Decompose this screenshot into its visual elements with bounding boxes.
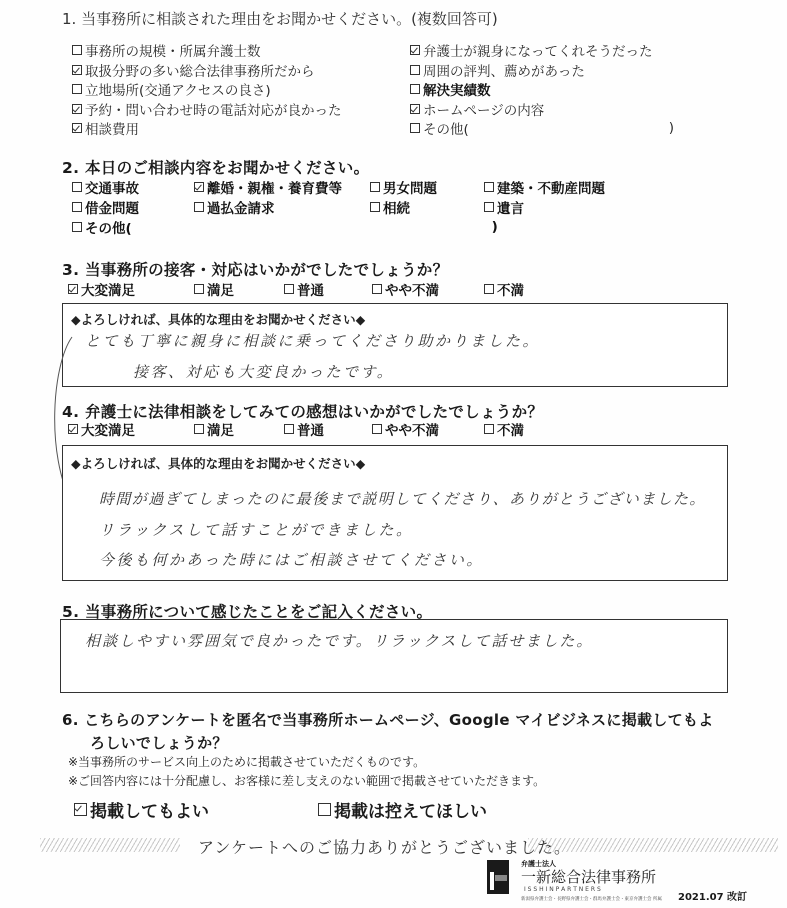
checkbox-checked-icon[interactable] <box>194 182 204 192</box>
checkbox-empty-icon[interactable] <box>372 284 382 294</box>
decorative-hatch-left <box>40 838 180 852</box>
q5-answer-box[interactable]: 相談しやすい雰囲気で良かったです。リラックスして話せました。 <box>60 619 728 693</box>
q4-answer-box[interactable]: ◆よろしければ、具体的な理由をお聞かせください◆ 時間が過ぎてしまったのに最後ま… <box>62 445 728 581</box>
option-label: 相続 <box>383 197 410 217</box>
q1-option-left-2[interactable]: 立地場所(交通アクセスの良さ) <box>72 79 271 99</box>
q2-option-3[interactable]: 建築・不動産問題 <box>484 177 605 197</box>
option-label: 取扱分野の多い総合法律事務所だから <box>85 60 315 80</box>
checkbox-empty-icon[interactable] <box>410 123 420 133</box>
q3-option-4[interactable]: 不満 <box>484 279 524 299</box>
option-label: やや不満 <box>385 419 439 439</box>
firm-english-name: I S S H I N P A R T N E R S <box>524 886 601 893</box>
q6-title-line-2: ろしいでしょうか？ <box>90 732 228 753</box>
option-label: その他( <box>85 217 132 237</box>
checkbox-checked-icon[interactable] <box>72 65 82 75</box>
q1-option-right-3[interactable]: ホームページの内容 <box>410 99 544 119</box>
checkbox-empty-icon[interactable] <box>484 284 494 294</box>
q4-option-2[interactable]: 普通 <box>284 419 324 439</box>
option-label: 普通 <box>297 419 324 439</box>
q3-option-1[interactable]: 満足 <box>194 279 234 299</box>
q2-option-8[interactable]: その他() <box>72 217 498 237</box>
q4-option-4[interactable]: 不満 <box>484 419 524 439</box>
other-close-paren: ) <box>492 219 498 235</box>
checkbox-empty-icon[interactable] <box>194 202 204 212</box>
option-label: 不満 <box>497 419 524 439</box>
option-label: 満足 <box>207 419 234 439</box>
firm-logo-icon <box>487 860 509 894</box>
checkbox-empty-icon[interactable] <box>284 424 294 434</box>
checkbox-empty-icon[interactable] <box>484 182 494 192</box>
checkbox-empty-icon[interactable] <box>372 424 382 434</box>
q1-option-right-2[interactable]: 解決実績数 <box>410 79 491 99</box>
other-close-paren: ) <box>669 120 674 136</box>
q3-option-3[interactable]: やや不満 <box>372 279 439 299</box>
checkbox-empty-icon[interactable] <box>318 803 331 816</box>
option-label: 過払金請求 <box>207 197 275 217</box>
checkbox-empty-icon[interactable] <box>72 182 82 192</box>
checkbox-empty-icon[interactable] <box>72 222 82 232</box>
q6-title-line-1: 6. こちらのアンケートを匿名で当事務所ホームページ、Google マイビジネス… <box>62 709 714 730</box>
option-label: 不満 <box>497 279 524 299</box>
checkbox-empty-icon[interactable] <box>194 284 204 294</box>
q3-answer-line-1: とても丁寧に親身に相談に乗ってくださり助かりました。 <box>85 330 540 351</box>
q4-option-3[interactable]: やや不満 <box>372 419 439 439</box>
q1-option-left-1[interactable]: 取扱分野の多い総合法律事務所だから <box>72 60 315 80</box>
checkbox-checked-icon[interactable] <box>68 284 78 294</box>
q3-option-0[interactable]: 大変満足 <box>68 279 135 299</box>
checkbox-empty-icon[interactable] <box>410 84 420 94</box>
option-label: 大変満足 <box>81 279 135 299</box>
q6-option-publish-decline[interactable]: 掲載は控えてほしい <box>318 797 487 822</box>
checkbox-checked-icon[interactable] <box>72 104 82 114</box>
checkbox-empty-icon[interactable] <box>370 202 380 212</box>
q2-option-6[interactable]: 相続 <box>370 197 410 217</box>
firm-associations: 新潟県弁護士会・長野県弁護士会・群馬弁護士会・東京弁護士会 所属 <box>521 896 662 902</box>
q6-note-1: ※当事務所のサービス向上のために掲載させていただくものです。 <box>68 753 425 770</box>
q2-option-4[interactable]: 借金問題 <box>72 197 139 217</box>
q3-title: 3. 当事務所の接客・対応はいかがでしたでしょうか？ <box>62 258 448 280</box>
option-label: ホームページの内容 <box>423 99 544 119</box>
q4-prompt: ◆よろしければ、具体的な理由をお聞かせください◆ <box>71 454 365 472</box>
option-label: 予約・問い合わせ時の電話対応が良かった <box>85 99 342 119</box>
option-label: 交通事故 <box>85 177 139 197</box>
option-label: 事務所の規模・所属弁護士数 <box>85 40 261 60</box>
option-label: 立地場所(交通アクセスの良さ) <box>85 79 271 99</box>
q1-option-left-3[interactable]: 予約・問い合わせ時の電話対応が良かった <box>72 99 342 119</box>
q3-prompt: ◆よろしければ、具体的な理由をお聞かせください◆ <box>71 310 365 328</box>
option-label: 普通 <box>297 279 324 299</box>
checkbox-empty-icon[interactable] <box>410 65 420 75</box>
q3-option-2[interactable]: 普通 <box>284 279 324 299</box>
q1-option-left-0[interactable]: 事務所の規模・所属弁護士数 <box>72 40 261 60</box>
checkbox-checked-icon[interactable] <box>72 123 82 133</box>
checkbox-checked-icon[interactable] <box>74 803 87 816</box>
option-label: その他( <box>423 118 469 138</box>
checkbox-empty-icon[interactable] <box>284 284 294 294</box>
option-label: 離婚・親権・養育費等 <box>207 177 342 197</box>
checkbox-empty-icon[interactable] <box>72 45 82 55</box>
checkbox-empty-icon[interactable] <box>484 424 494 434</box>
q6-option-label: 掲載してもよい <box>90 797 209 822</box>
q2-option-0[interactable]: 交通事故 <box>72 177 139 197</box>
checkbox-empty-icon[interactable] <box>72 202 82 212</box>
q2-option-7[interactable]: 遺言 <box>484 197 524 217</box>
option-label: 満足 <box>207 279 234 299</box>
q4-answer-line-1: 時間が過ぎてしまったのに最後まで説明してくださり、ありがとうございました。 <box>99 488 706 509</box>
option-label: やや不満 <box>385 279 439 299</box>
option-label: 解決実績数 <box>423 79 491 99</box>
q2-option-1[interactable]: 離婚・親権・養育費等 <box>194 177 342 197</box>
q1-option-right-4[interactable]: その他() <box>410 118 674 138</box>
q6-option-publish-ok[interactable]: 掲載してもよい <box>74 797 209 822</box>
option-label: 弁護士が親身になってくれそうだった <box>423 40 653 60</box>
option-label: 遺言 <box>497 197 524 217</box>
q1-title: 1. 当事務所に相談された理由をお聞かせください。(複数回答可) <box>62 8 498 29</box>
q2-option-2[interactable]: 男女問題 <box>370 177 437 197</box>
checkbox-empty-icon[interactable] <box>484 202 494 212</box>
q1-option-left-4[interactable]: 相談費用 <box>72 118 139 138</box>
q6-option-label: 掲載は控えてほしい <box>334 797 487 822</box>
q3-answer-line-2: 接客、対応も大変良かったです。 <box>133 361 394 382</box>
q5-answer-line-1: 相談しやすい雰囲気で良かったです。リラックスして話せました。 <box>85 630 593 651</box>
q4-option-0[interactable]: 大変満足 <box>68 419 135 439</box>
q6-note-2: ※ご回答内容には十分配慮し、お客様に差し支えのない範囲で掲載させていただきます。 <box>68 772 545 789</box>
q2-option-5[interactable]: 過払金請求 <box>194 197 275 217</box>
q4-answer-line-2: リラックスして話すことができました。 <box>99 519 414 540</box>
q2-title: 2. 本日のご相談内容をお聞かせください。 <box>62 156 369 178</box>
firm-name: 一新総合法律事務所 <box>521 866 656 887</box>
option-label: 大変満足 <box>81 419 135 439</box>
option-label: 周囲の評判、薦めがあった <box>423 60 585 80</box>
option-label: 建築・不動産問題 <box>497 177 605 197</box>
thanks-message: アンケートへのご協力ありがとうございました。 <box>198 835 571 858</box>
option-label: 男女問題 <box>383 177 437 197</box>
checkbox-empty-icon[interactable] <box>72 84 82 94</box>
option-label: 相談費用 <box>85 118 139 138</box>
q3-answer-box[interactable]: ◆よろしければ、具体的な理由をお聞かせください◆ とても丁寧に親身に相談に乗って… <box>62 303 728 387</box>
revision-date: 2021.07 改訂 <box>678 888 747 903</box>
q4-answer-line-3: 今後も何かあった時にはご相談させてください。 <box>99 549 484 570</box>
q1-option-right-1[interactable]: 周囲の評判、薦めがあった <box>410 60 585 80</box>
option-label: 借金問題 <box>85 197 139 217</box>
checkbox-checked-icon[interactable] <box>410 104 420 114</box>
q4-option-1[interactable]: 満足 <box>194 419 234 439</box>
checkbox-checked-icon[interactable] <box>68 424 78 434</box>
checkbox-empty-icon[interactable] <box>370 182 380 192</box>
q1-option-right-0[interactable]: 弁護士が親身になってくれそうだった <box>410 40 653 60</box>
checkbox-checked-icon[interactable] <box>410 45 420 55</box>
checkbox-empty-icon[interactable] <box>194 424 204 434</box>
